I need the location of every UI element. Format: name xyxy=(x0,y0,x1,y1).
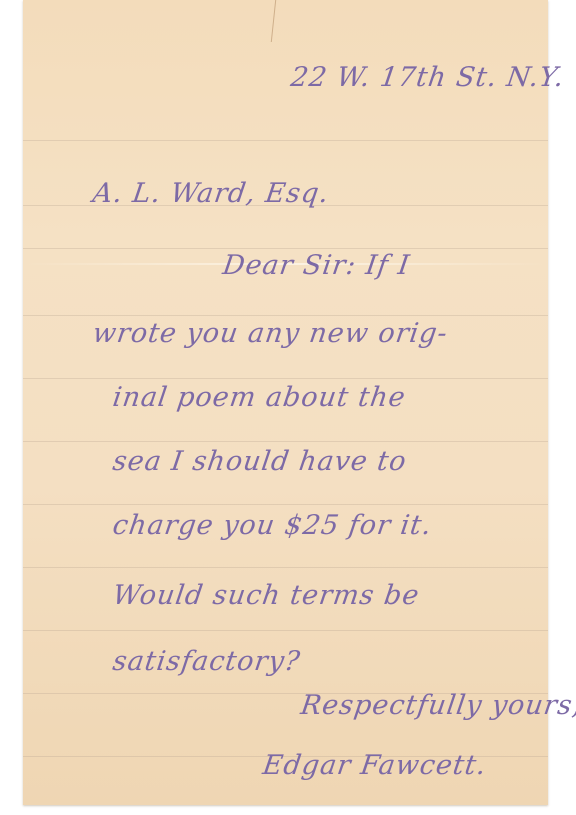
ruled-line xyxy=(23,630,548,631)
ruled-line xyxy=(23,567,548,568)
ruled-line xyxy=(23,248,548,249)
address-line: 22 W. 17th St. N.Y. xyxy=(289,62,567,93)
paper-crease xyxy=(271,0,278,42)
recipient-line: A. L. Ward, Esq. xyxy=(91,178,331,209)
body-line: wrote you any new orig- xyxy=(91,318,450,349)
signature: Edgar Fawcett. xyxy=(261,750,489,781)
body-line: charge you $25 for it. xyxy=(111,510,434,541)
closing-line: Respectfully yours, xyxy=(299,690,576,721)
ruled-line xyxy=(23,441,548,442)
ruled-line xyxy=(23,315,548,316)
letter-paper: 22 W. 17th St. N.Y. A. L. Ward, Esq. Dea… xyxy=(23,0,548,805)
body-line: sea I should have to xyxy=(111,446,409,477)
body-line: Would such terms be xyxy=(111,580,422,611)
body-line: satisfactory? xyxy=(111,646,303,677)
ruled-line xyxy=(23,504,548,505)
body-line: inal poem about the xyxy=(111,382,408,413)
salutation-line: Dear Sir: If I xyxy=(221,250,412,281)
ruled-line xyxy=(23,140,548,141)
ruled-line xyxy=(23,378,548,379)
